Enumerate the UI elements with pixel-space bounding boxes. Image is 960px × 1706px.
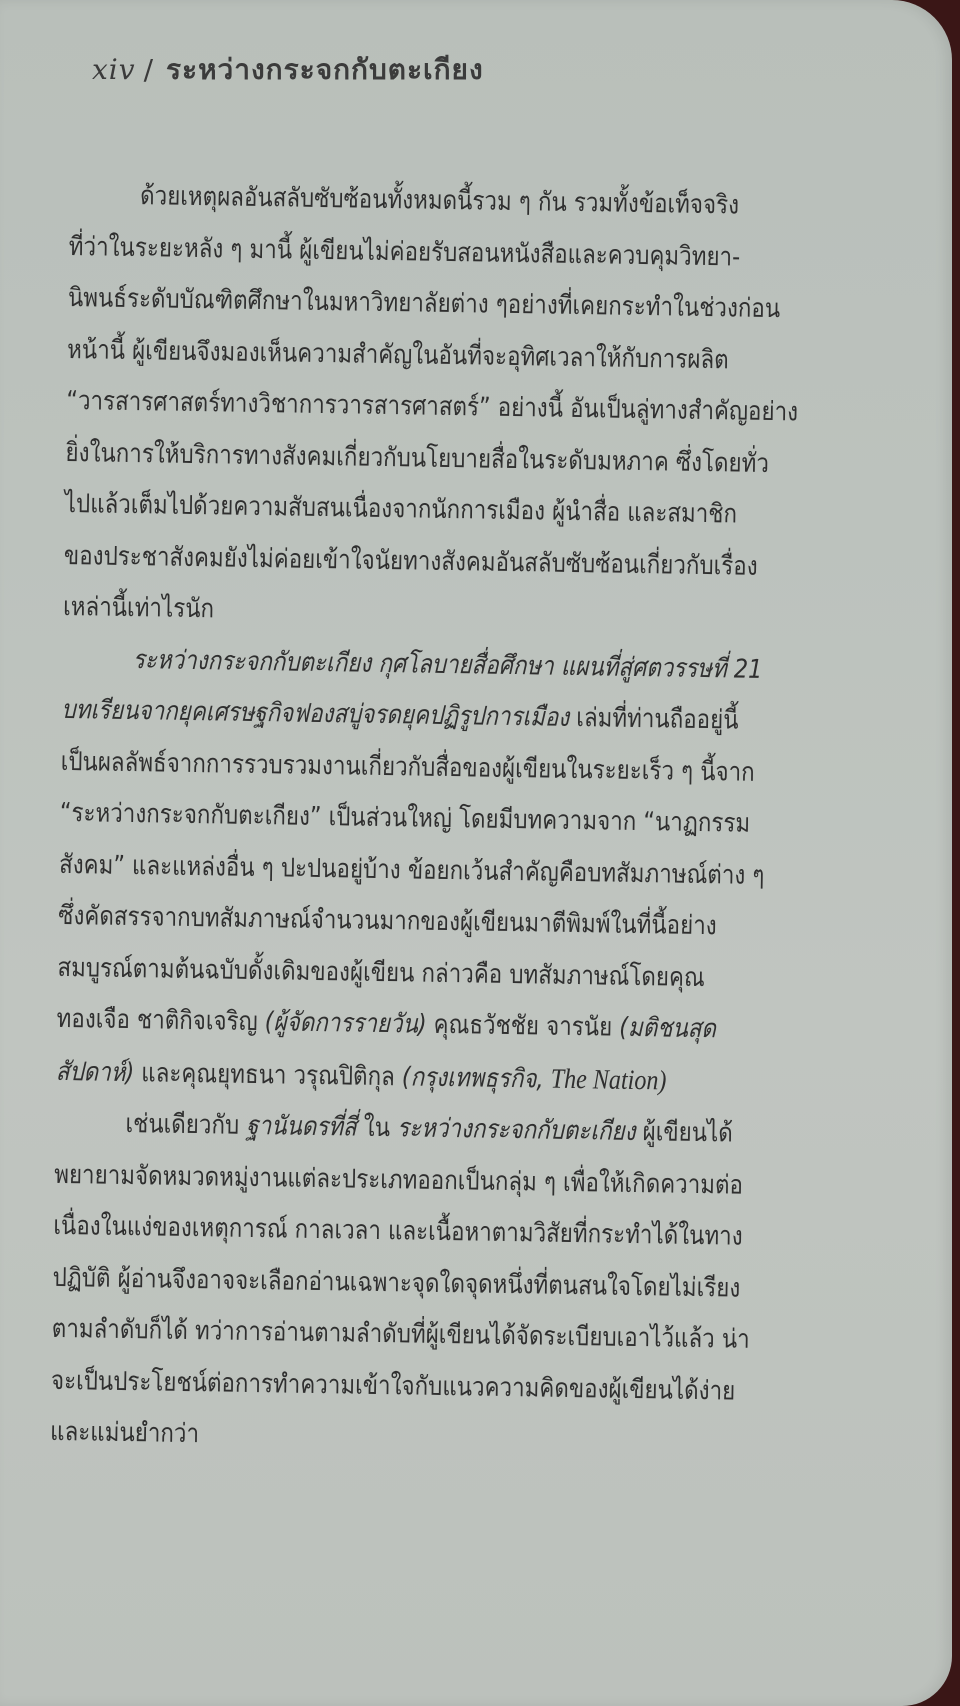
publication-italic: (กรุงเทพธุรกิจ, xyxy=(402,1062,551,1094)
text-segment: คุณธวัชชัย จารนัย xyxy=(426,1010,619,1043)
publication-latin: The Nation) xyxy=(551,1063,667,1096)
book-title-italic: ฐานันดรที่สี่ xyxy=(246,1111,357,1143)
running-head-title: ระหว่างกระจกกับตะเกียง xyxy=(166,53,484,86)
publication-italic: สัปดาห์) xyxy=(56,1056,135,1087)
body-text: ด้วยเหตุผลอันสลับซับซ้อนทั้งหมดนี้รวม ๆ … xyxy=(50,170,920,1472)
text-segment: เล่มที่ท่านถืออยู่นี้ xyxy=(569,703,739,736)
publication-italic: (ผู้จัดการรายวัน) xyxy=(265,1007,427,1040)
running-head-separator: / xyxy=(144,53,154,86)
text-segment: และคุณยุทธนา วรุณปิติกุล xyxy=(134,1058,402,1092)
text-segment: ผู้เขียนได้ xyxy=(635,1117,733,1149)
text-segment: ใน xyxy=(356,1113,397,1144)
text-line: และแม่นยำกว่า xyxy=(50,1407,782,1470)
running-head: xiv/ระหว่างกระจกกับตะเกียง xyxy=(92,48,484,92)
text-segment: ทองเจือ ชาติกิจเจริญ xyxy=(56,1004,265,1037)
book-subtitle-italic: บทเรียนจากยุคเศรษฐกิจฟองสบู่จรดยุคปฏิรูป… xyxy=(61,695,569,733)
publication-italic: (มติชนสุด xyxy=(619,1013,716,1045)
text-segment: เช่นเดียวกับ xyxy=(125,1109,246,1141)
book-title-italic: ระหว่างกระจกกับตะเกียง กุศโลบายสื่อศึกษา… xyxy=(133,645,763,685)
book-page: xiv/ระหว่างกระจกกับตะเกียง ด้วยเหตุผลอัน… xyxy=(0,0,952,1706)
book-title-italic: ระหว่างกระจกกับตะเกียง xyxy=(397,1113,636,1147)
page-number: xiv xyxy=(92,53,136,86)
